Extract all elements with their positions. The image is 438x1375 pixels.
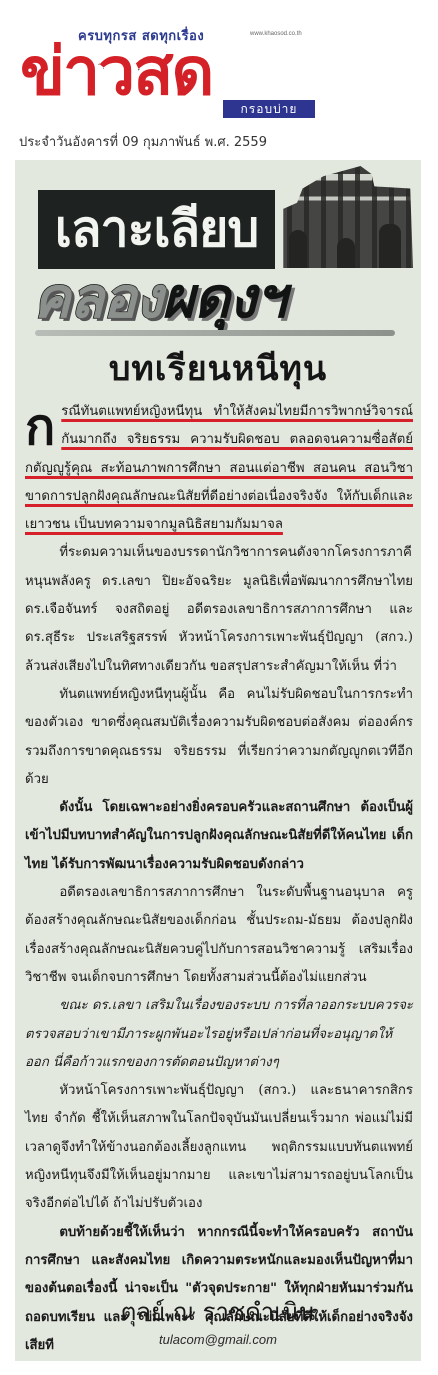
column-banner-dark-word: ผดุงฯ bbox=[162, 266, 286, 331]
arch-shape bbox=[379, 224, 401, 268]
banner-underline-divider bbox=[35, 330, 395, 336]
article-body: กรณีทันตแพทย์หญิงหนีทุน ทำให้สังคมไทยมีก… bbox=[25, 398, 413, 1360]
lede-paragraph: กรณีทันตแพทย์หญิงหนีทุน ทำให้สังคมไทยมีก… bbox=[25, 398, 413, 539]
body-paragraph: อดีตรองเลขาธิการสภาการศึกษา ในระดับพื้นฐ… bbox=[25, 879, 413, 992]
newspaper-masthead: ครบทุกรส สดทุกเรื่อง www.khaosod.co.th ข… bbox=[18, 18, 313, 118]
author-email: tulacom@gmail.com bbox=[15, 1332, 421, 1347]
article-clipping: เลาะเลียบ คลองผดุงฯ บทเรียนหนีทุน กรณีทั… bbox=[15, 160, 421, 1361]
column-banner-top: เลาะเลียบ bbox=[38, 190, 275, 269]
author-byline: ตุลย์ ณ ราชดำเนิน bbox=[15, 1296, 421, 1328]
body-paragraph-bold: ดังนั้น โดยเฉพาะอย่างยิ่งครอบครัวและสถาน… bbox=[25, 794, 413, 879]
column-banner-light-word: คลอง bbox=[33, 266, 162, 331]
lede-text: รณีทันตแพทย์หญิงหนีทุน ทำให้สังคมไทยมีกา… bbox=[25, 404, 413, 532]
arch-shape bbox=[337, 238, 355, 268]
body-paragraph: หัวหน้าโครงการเพาะพันธุ์ปัญญา (สกว.) และ… bbox=[25, 1077, 413, 1218]
body-paragraph: ทันตแพทย์หญิงหนีทุนผู้นั้น คือ คนไม่รับผ… bbox=[25, 681, 413, 794]
drop-cap: ก bbox=[25, 402, 55, 452]
article-headline: บทเรียนหนีทุน bbox=[15, 347, 421, 391]
edition-badge: กรอบบ่าย bbox=[223, 100, 315, 118]
newspaper-logo: ข่าวสด bbox=[20, 36, 212, 108]
body-paragraph: ที่ระดมความเห็นของบรรดานักวิชาการคนดังจา… bbox=[25, 539, 413, 680]
column-banner-bottom: คลองผดุงฯ bbox=[33, 268, 413, 334]
body-paragraph-italic: ขณะ ดร.เลขา เสริมในเรื่องของระบบ การที่ล… bbox=[25, 992, 413, 1077]
masthead-site-url: www.khaosod.co.th bbox=[250, 31, 302, 37]
arch-shape bbox=[289, 230, 307, 268]
building-illustration-icon bbox=[275, 166, 413, 268]
publication-date: ประจำวันอังคารที่ 09 กุมภาพันธ์ พ.ศ. 255… bbox=[19, 131, 267, 152]
